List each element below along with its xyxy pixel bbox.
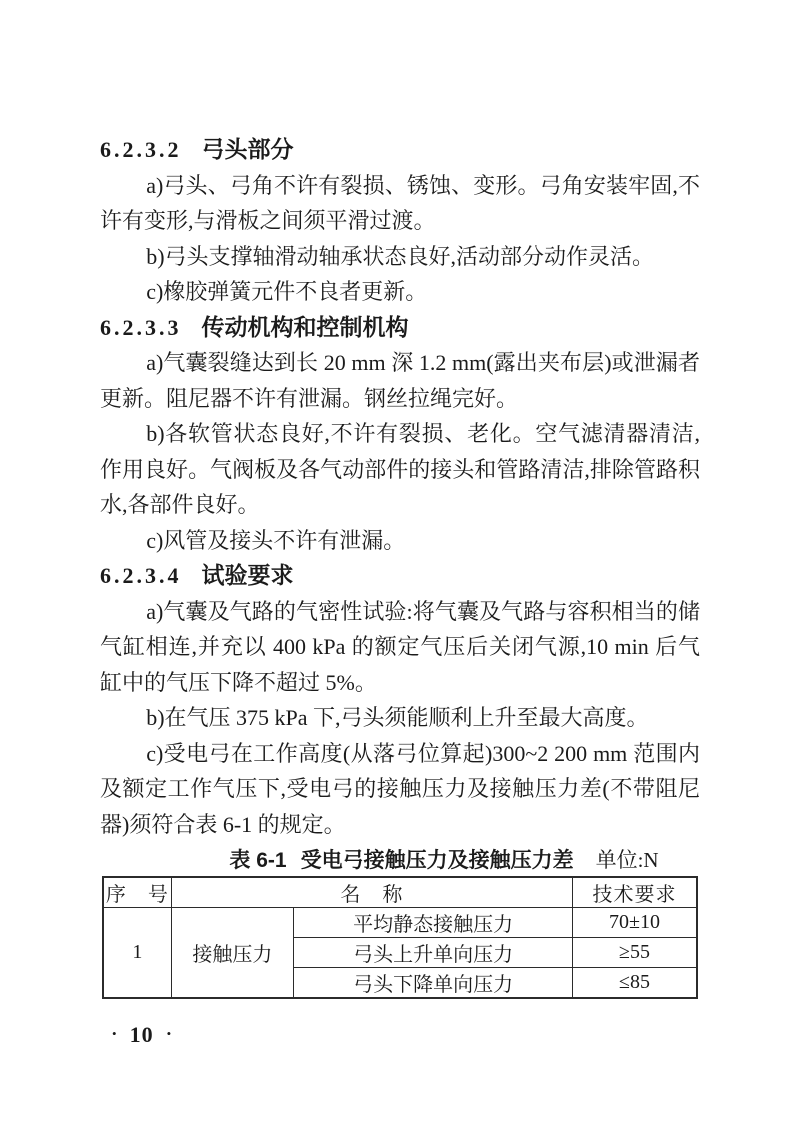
table-cell-value: ≤85 [573, 968, 697, 999]
table-cell-group-name: 接触压力 [171, 908, 293, 999]
page-number-value: 10 [130, 1022, 154, 1047]
document-body: 6.2.3.2弓头部分 a)弓头、弓角不许有裂损、锈蚀、变形。弓角安装牢固,不许… [100, 132, 700, 999]
table-header-row: 序 号 名 称 技术要求 [103, 877, 697, 908]
paragraph-a-test: a)气囊及气路的气密性试验:将气囊及气路与容积相当的储气缸相连,并充以 400 … [100, 594, 700, 701]
table-header-name: 名 称 [171, 877, 572, 908]
paragraph-c-bow-head: c)橡胶弹簧元件不良者更新。 [100, 274, 700, 310]
paragraph-b-bow-head: b)弓头支撑轴滑动轴承状态良好,活动部分动作灵活。 [100, 239, 700, 275]
paragraph-c-transmission: c)风管及接头不许有泄漏。 [100, 523, 700, 559]
section-number: 6.2.3.3 [100, 315, 182, 340]
section-number: 6.2.3.4 [100, 563, 182, 588]
table-cell-item: 弓头上升单向压力 [294, 938, 573, 968]
section-title: 弓头部分 [202, 136, 294, 162]
table-cell-seq: 1 [103, 908, 171, 999]
section-title: 试验要求 [202, 562, 294, 588]
document-page: 6.2.3.2弓头部分 a)弓头、弓角不许有裂损、锈蚀、变形。弓角安装牢固,不许… [0, 0, 800, 1135]
paragraph-b-transmission: b)各软管状态良好,不许有裂损、老化。空气滤清器清洁,作用良好。气阀板及各气动部… [100, 416, 700, 523]
section-heading-6-2-3-3: 6.2.3.3传动机构和控制机构 [100, 310, 700, 346]
paragraph-b-test: b)在气压 375 kPa 下,弓头须能顺利上升至最大高度。 [100, 700, 700, 736]
table-cell-item: 平均静态接触压力 [294, 908, 573, 938]
paragraph-a-transmission: a)气囊裂缝达到长 20 mm 深 1.2 mm(露出夹布层)或泄漏者更新。阻尼… [100, 345, 700, 416]
section-number: 6.2.3.2 [100, 137, 182, 162]
section-heading-6-2-3-2: 6.2.3.2弓头部分 [100, 132, 700, 168]
table-caption-title: 受电弓接触压力及接触压力差 [301, 849, 574, 872]
section-title: 传动机构和控制机构 [202, 314, 409, 340]
footer-dot-left: • [112, 1026, 117, 1041]
table-caption-label: 表 6-1 [229, 849, 286, 872]
table-cell-item: 弓头下降单向压力 [294, 968, 573, 999]
table-cell-value: ≥55 [573, 938, 697, 968]
table-header-seq: 序 号 [103, 877, 171, 908]
table-cell-value: 70±10 [573, 908, 697, 938]
page-number: •10• [112, 1022, 171, 1048]
paragraph-a-bow-head: a)弓头、弓角不许有裂损、锈蚀、变形。弓角安装牢固,不许有变形,与滑板之间须平滑… [100, 168, 700, 239]
paragraph-c-test: c)受电弓在工作高度(从落弓位算起)300~2 200 mm 范围内及额定工作气… [100, 736, 700, 843]
table-header-requirement: 技术要求 [573, 877, 697, 908]
table-caption: 表 6-1受电弓接触压力及接触压力差单位:N [100, 845, 700, 876]
contact-pressure-table: 序 号 名 称 技术要求 1 接触压力 平均静态接触压力 70±10 弓头上升单… [102, 876, 698, 999]
footer-dot-right: • [167, 1026, 172, 1041]
table-unit-note: 单位:N [596, 848, 659, 872]
section-heading-6-2-3-4: 6.2.3.4试验要求 [100, 558, 700, 594]
table-row: 1 接触压力 平均静态接触压力 70±10 [103, 908, 697, 938]
